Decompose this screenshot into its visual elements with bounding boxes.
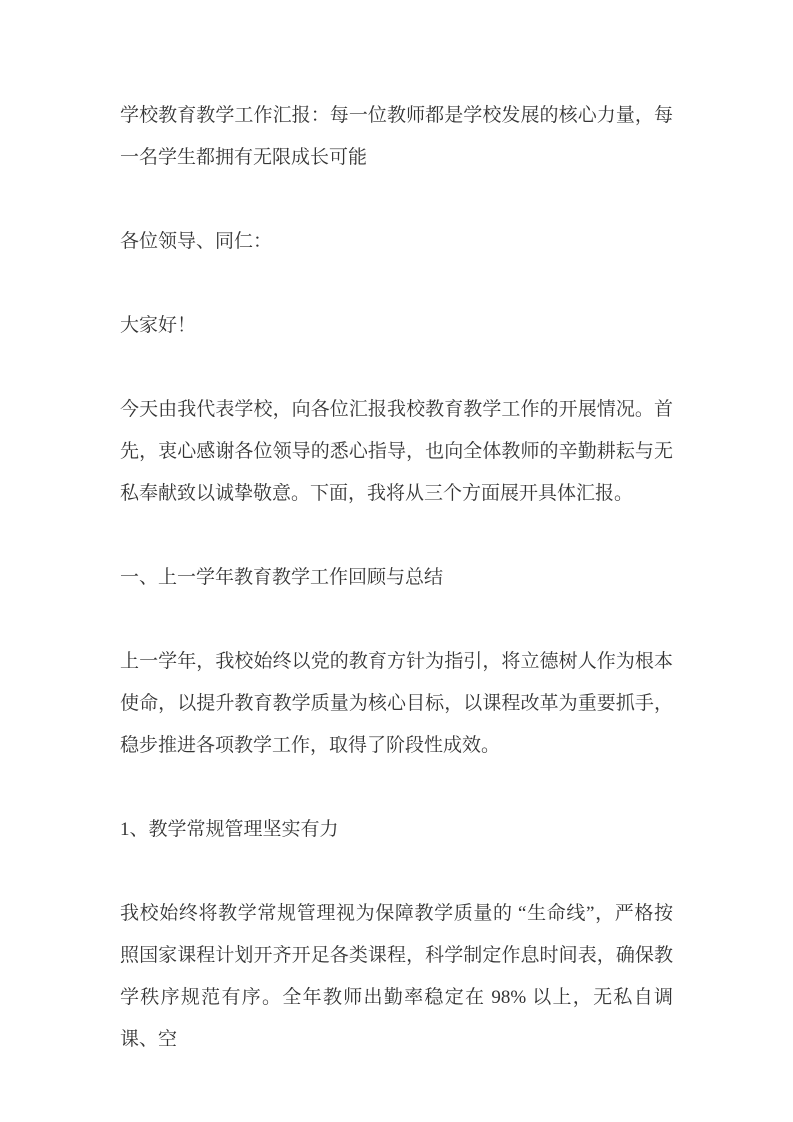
subsection-heading-1: 1、教学常规管理坚实有力 [120,809,673,851]
document-page: 学校教育教学工作汇报：每一位教师都是学校发展的核心力量，每一名学生都拥有无限成长… [0,0,793,1122]
salutation-paragraph: 各位领导、同仁： [120,221,673,263]
review-summary-paragraph: 上一学年，我校始终以党的教育方针为指引，将立德树人作为根本使命，以提升教育教学质… [120,641,673,767]
intro-paragraph: 今天由我代表学校，向各位汇报我校教育教学工作的开展情况。首先，衷心感谢各位领导的… [120,389,673,515]
doc-title-paragraph: 学校教育教学工作汇报：每一位教师都是学校发展的核心力量，每一名学生都拥有无限成长… [120,95,673,179]
section-heading-1: 一、上一学年教育教学工作回顾与总结 [120,557,673,599]
routine-management-paragraph: 我校始终将教学常规管理视为保障教学质量的 “生命线”，严格按照国家课程计划开齐开… [120,893,673,1061]
greeting-paragraph: 大家好！ [120,305,673,347]
